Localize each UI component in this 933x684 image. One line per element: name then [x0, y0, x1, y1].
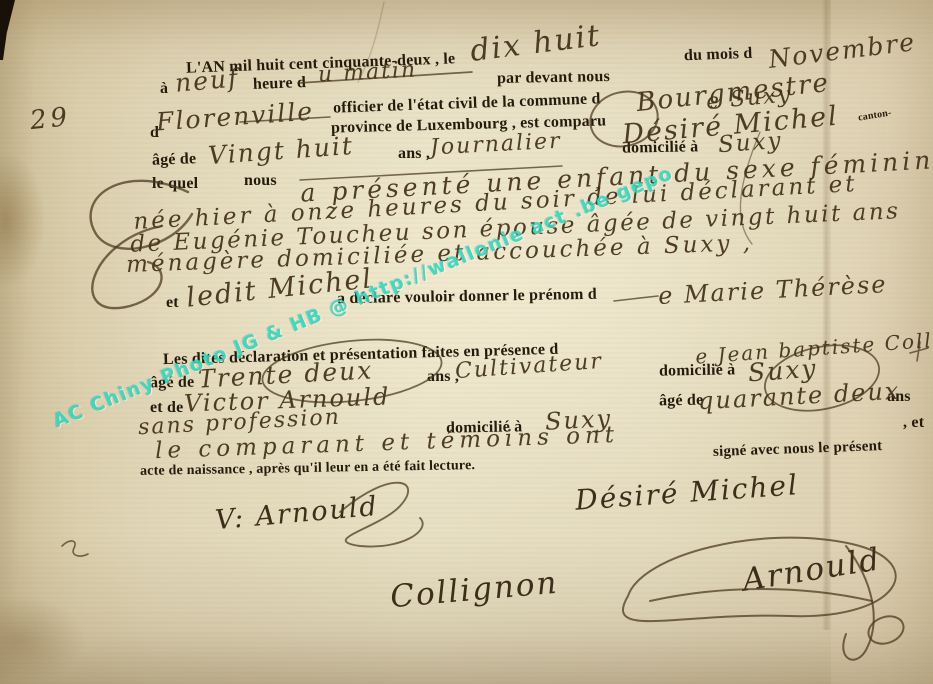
- printed-years-1: ans ,: [398, 145, 430, 163]
- hw-day: dix huit: [468, 18, 603, 69]
- printed-comma-et: , et: [903, 414, 924, 432]
- hw-declarant-age: Vingt huit: [207, 131, 355, 170]
- act-number: 29: [29, 102, 73, 136]
- pen-stroke-child-name: [614, 296, 658, 301]
- printed-nous: nous: [244, 172, 277, 190]
- printed-aged-1: âgé de: [152, 150, 197, 170]
- printed-at-label: à: [160, 80, 168, 98]
- printed-before-us: par devant nous: [497, 68, 610, 88]
- printed-hour-label: heure d: [253, 74, 307, 94]
- printed-aged-3: âgé de: [659, 392, 704, 411]
- hw-hour-period: u matin: [317, 57, 417, 87]
- signature-desire-michel: Désiré Michel: [574, 468, 800, 517]
- scan-corner-artifact: [0, 0, 15, 60]
- pen-squiggle: [62, 541, 88, 556]
- hw-canton-name: Florenville: [155, 97, 315, 137]
- hw-hour: neuf: [174, 63, 241, 97]
- signature-collignon: Collignon: [389, 565, 560, 616]
- printed-lequel: le quel: [152, 175, 198, 193]
- birth-record-scan: 29 L'AN mil huit cent cinquante-deux , l…: [0, 0, 933, 684]
- printed-month-label: du mois d: [684, 45, 753, 65]
- printed-et: et: [166, 294, 179, 312]
- signature-v-arnould: V: Arnould: [214, 491, 380, 536]
